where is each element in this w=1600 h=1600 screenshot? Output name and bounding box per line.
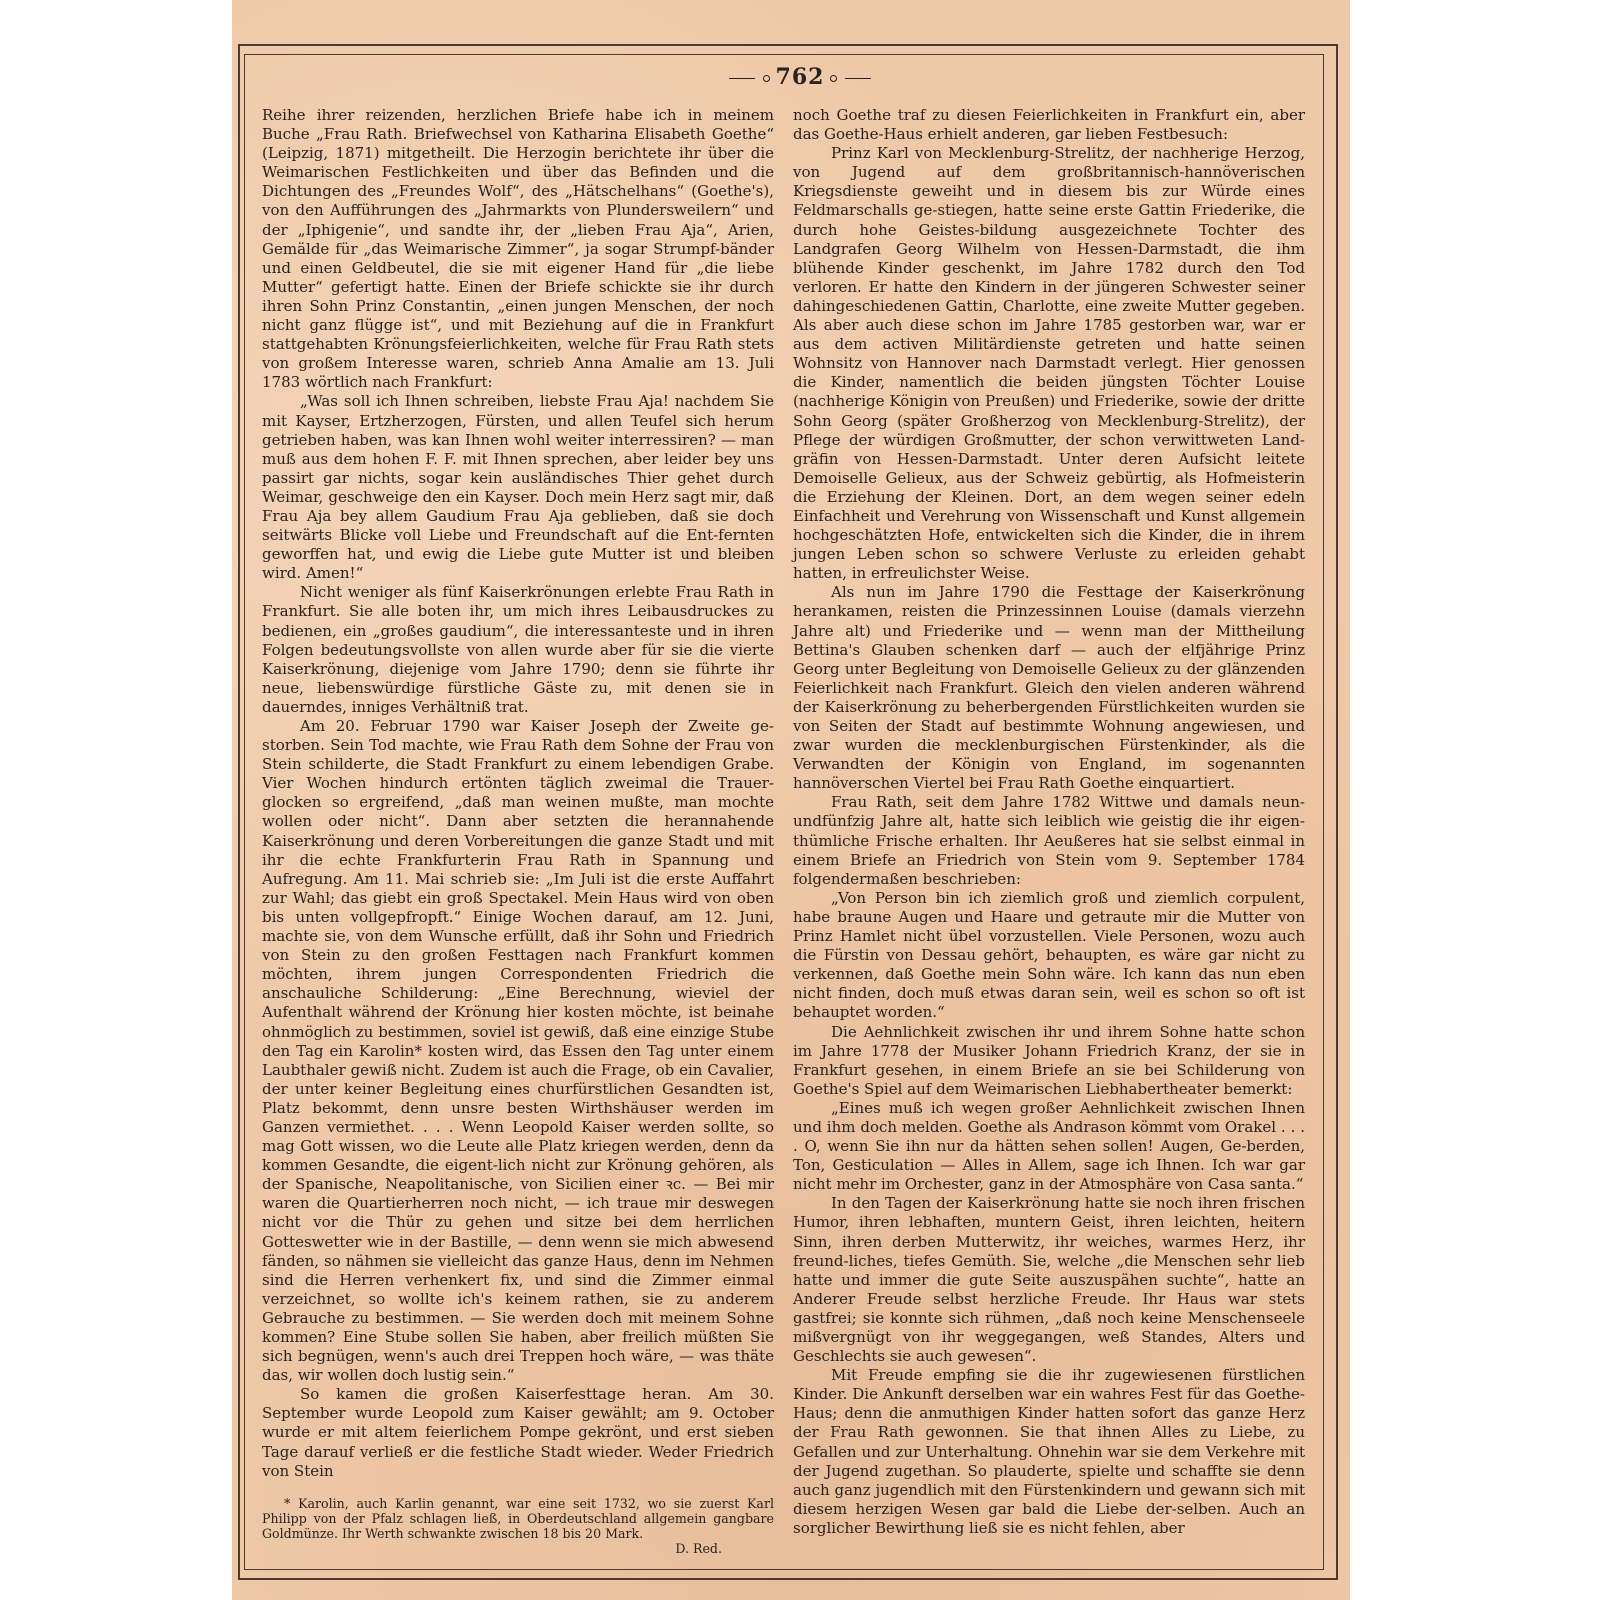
paragraph: So kamen die großen Kaiserfesttage heran… [262, 1385, 774, 1480]
paragraph: Reihe ihrer reizenden, herzlichen Briefe… [262, 106, 774, 392]
left-column: Reihe ihrer reizenden, herzlichen Briefe… [262, 106, 774, 1481]
paragraph: „Was soll ich Ihnen schreiben, liebste F… [262, 392, 774, 583]
paragraph: „Von Person bin ich ziemlich groß und zi… [793, 889, 1305, 1023]
paragraph: Als nun im Jahre 1790 die Festtage der K… [793, 583, 1305, 793]
paragraph: Die Aehnlichkeit zwischen ihr und ihrem … [793, 1023, 1305, 1099]
footnote: * Karolin, auch Karlin genannt, war eine… [262, 1496, 774, 1556]
footnote-signature: D. Red. [262, 1541, 774, 1556]
paragraph: Mit Freude empfing sie die ihr zugewiese… [793, 1366, 1305, 1538]
paragraph: noch Goethe traf zu diesen Feierlichkeit… [793, 106, 1305, 144]
paragraph: Am 20. Februar 1790 war Kaiser Joseph de… [262, 717, 774, 1385]
paragraph: Frau Rath, seit dem Jahre 1782 Wittwe un… [793, 793, 1305, 888]
right-column: noch Goethe traf zu diesen Feierlichkeit… [793, 106, 1305, 1538]
ornament-rule-left [729, 78, 755, 79]
paragraph: Prinz Karl von Mecklenburg-Strelitz, der… [793, 144, 1305, 583]
page-number: 762 [776, 64, 825, 90]
paragraph: In den Tagen der Kaiserkrönung hatte sie… [793, 1194, 1305, 1366]
footnote-text: * Karolin, auch Karlin genannt, war eine… [262, 1496, 774, 1541]
page-number-header: 762 [0, 64, 1600, 90]
paragraph: Nicht weniger als fünf Kaiserkrönungen e… [262, 583, 774, 717]
ornament-circle-right [830, 75, 837, 82]
paragraph: „Eines muß ich wegen großer Aehnlichkeit… [793, 1099, 1305, 1194]
ornament-circle-left [763, 75, 770, 82]
ornament-rule-right [845, 78, 871, 79]
